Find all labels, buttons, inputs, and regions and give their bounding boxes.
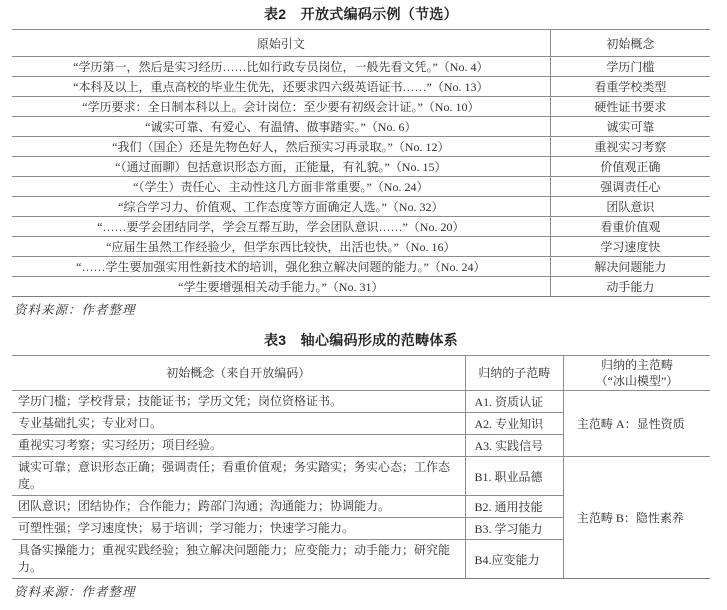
- main-category-cell: 主范畴 B：隐性素养: [563, 457, 710, 579]
- concepts-cell: 具备实操能力；重视实践经验；独立解决问题能力；应变能力；动手能力；研究能力。: [12, 540, 465, 579]
- concept-cell: 看重价值观: [550, 217, 710, 237]
- concepts-cell: 可塑性强；学习速度快；易于培训；学习能力；快速学习能力。: [12, 518, 465, 540]
- concept-cell: 学习速度快: [550, 237, 710, 257]
- concept-cell: 学历门槛: [550, 57, 710, 77]
- subcategory-cell: B1. 职业品德: [465, 457, 563, 496]
- table-row: “（通过面聊）包括意识形态方面，正能量，有礼貌。”（No. 15） 价值观正确: [12, 157, 710, 177]
- concept-cell: 价值观正确: [550, 157, 710, 177]
- table3-source-note: 资料来源：作者整理: [14, 584, 710, 600]
- table-row: “……要学会团结同学，学会互帮互助，学会团队意识……”（No. 20） 看重价值…: [12, 217, 710, 237]
- table-row: “学生要增强相关动手能力。”（No. 31） 动手能力: [12, 277, 710, 297]
- table-row: “学历要求：全日制本科以上。会计岗位：至少要有初级会计证。”（No. 10） 硬…: [12, 97, 710, 117]
- table2-open-coding: 原始引文 初始概念 “学历第一，然后是实习经历……比如行政专员岗位，一般先看文凭…: [12, 29, 710, 297]
- subcategory-cell: A3. 实践信号: [465, 435, 563, 457]
- subcategory-cell: A1. 资质认证: [465, 391, 563, 413]
- concepts-cell: 学历门槛；学校背景；技能证书；学历文凭；岗位资格证书。: [12, 391, 465, 413]
- quote-cell: “……要学会团结同学，学会互帮互助，学会团队意识……”（No. 20）: [12, 217, 550, 237]
- concepts-cell: 诚实可靠；意识形态正确；强调责任；看重价值观；务实踏实；务实心态；工作态度。: [12, 457, 465, 496]
- quote-cell: “综合学习力、价值观、工作态度等方面确定人选。”（No. 32）: [12, 197, 550, 217]
- quote-cell: “我们（国企）还是先物色好人，然后预实习再录取。”（No. 12）: [12, 137, 550, 157]
- table2-title: 表2 开放式编码示例（节选）: [12, 5, 710, 23]
- concept-cell: 解决问题能力: [550, 257, 710, 277]
- table-row: “本科及以上，重点高校的毕业生优先，还要求四六级英语证书……”（No. 13） …: [12, 77, 710, 97]
- concept-cell: 诚实可靠: [550, 117, 710, 137]
- quote-cell: “应届生虽然工作经验少，但学东西比较快，出活也快。”（No. 16）: [12, 237, 550, 257]
- concepts-cell: 团队意识；团结协作；合作能力；跨部门沟通；沟通能力；协调能力。: [12, 496, 465, 518]
- table2-header-concept: 初始概念: [550, 30, 710, 57]
- table-row: 诚实可靠；意识形态正确；强调责任；看重价值观；务实踏实；务实心态；工作态度。 B…: [12, 457, 710, 496]
- quote-cell: “诚实可靠、有爱心、有温情、做事踏实。”（No. 6）: [12, 117, 550, 137]
- table3-header-row: 初始概念（来自开放编码） 归纳的子范畴 归纳的主范畴 （“冰山模型”）: [12, 356, 710, 391]
- table3-header-main-category: 归纳的主范畴 （“冰山模型”）: [563, 356, 710, 391]
- subcategory-cell: B3. 学习能力: [465, 518, 563, 540]
- quote-cell: “（通过面聊）包括意识形态方面，正能量，有礼貌。”（No. 15）: [12, 157, 550, 177]
- table-row: “……学生要加强实用性新技术的培训，强化独立解决问题的能力。”（No. 24） …: [12, 257, 710, 277]
- table3-header-main-line2: （“冰山模型”）: [568, 373, 706, 389]
- table2-header-quote: 原始引文: [12, 30, 550, 57]
- quote-cell: “学历第一，然后是实习经历……比如行政专员岗位，一般先看文凭。”（No. 4）: [12, 57, 550, 77]
- concept-cell: 动手能力: [550, 277, 710, 297]
- document-page: 表2 开放式编码示例（节选） 原始引文 初始概念 “学历第一，然后是实习经历………: [0, 0, 727, 600]
- concept-cell: 硬性证书要求: [550, 97, 710, 117]
- concept-cell: 强调责任心: [550, 177, 710, 197]
- table-row: 学历门槛；学校背景；技能证书；学历文凭；岗位资格证书。 A1. 资质认证 主范畴…: [12, 391, 710, 413]
- concepts-cell: 重视实习考察；实习经历；项目经验。: [12, 435, 465, 457]
- table3-axial-coding: 初始概念（来自开放编码） 归纳的子范畴 归纳的主范畴 （“冰山模型”） 学历门槛…: [12, 355, 710, 579]
- table-row: “我们（国企）还是先物色好人，然后预实习再录取。”（No. 12） 重视实习考察: [12, 137, 710, 157]
- concept-cell: 重视实习考察: [550, 137, 710, 157]
- table2-source-note: 资料来源：作者整理: [14, 302, 710, 318]
- quote-cell: “学历要求：全日制本科以上。会计岗位：至少要有初级会计证。”（No. 10）: [12, 97, 550, 117]
- table-row: “（学生）责任心、主动性这几方面非常重要。”（No. 24） 强调责任心: [12, 177, 710, 197]
- subcategory-cell: A2. 专业知识: [465, 413, 563, 435]
- subcategory-cell: B4.应变能力: [465, 540, 563, 579]
- table-row: “诚实可靠、有爱心、有温情、做事踏实。”（No. 6） 诚实可靠: [12, 117, 710, 137]
- table3-title: 表3 轴心编码形成的范畴体系: [12, 331, 710, 349]
- table-row: “学历第一，然后是实习经历……比如行政专员岗位，一般先看文凭。”（No. 4） …: [12, 57, 710, 77]
- table2-header-row: 原始引文 初始概念: [12, 30, 710, 57]
- subcategory-cell: B2. 通用技能: [465, 496, 563, 518]
- quote-cell: “……学生要加强实用性新技术的培训，强化独立解决问题的能力。”（No. 24）: [12, 257, 550, 277]
- concept-cell: 团队意识: [550, 197, 710, 217]
- concept-cell: 看重学校类型: [550, 77, 710, 97]
- table-row: “应届生虽然工作经验少，但学东西比较快，出活也快。”（No. 16） 学习速度快: [12, 237, 710, 257]
- quote-cell: “学生要增强相关动手能力。”（No. 31）: [12, 277, 550, 297]
- quote-cell: “（学生）责任心、主动性这几方面非常重要。”（No. 24）: [12, 177, 550, 197]
- table-row: “综合学习力、价值观、工作态度等方面确定人选。”（No. 32） 团队意识: [12, 197, 710, 217]
- table3-header-main-line1: 归纳的主范畴: [568, 357, 706, 373]
- table3-header-concept: 初始概念（来自开放编码）: [12, 356, 465, 391]
- quote-cell: “本科及以上，重点高校的毕业生优先，还要求四六级英语证书……”（No. 13）: [12, 77, 550, 97]
- main-category-cell: 主范畴 A：显性资质: [563, 391, 710, 457]
- concepts-cell: 专业基础扎实；专业对口。: [12, 413, 465, 435]
- table3-header-subcategory: 归纳的子范畴: [465, 356, 563, 391]
